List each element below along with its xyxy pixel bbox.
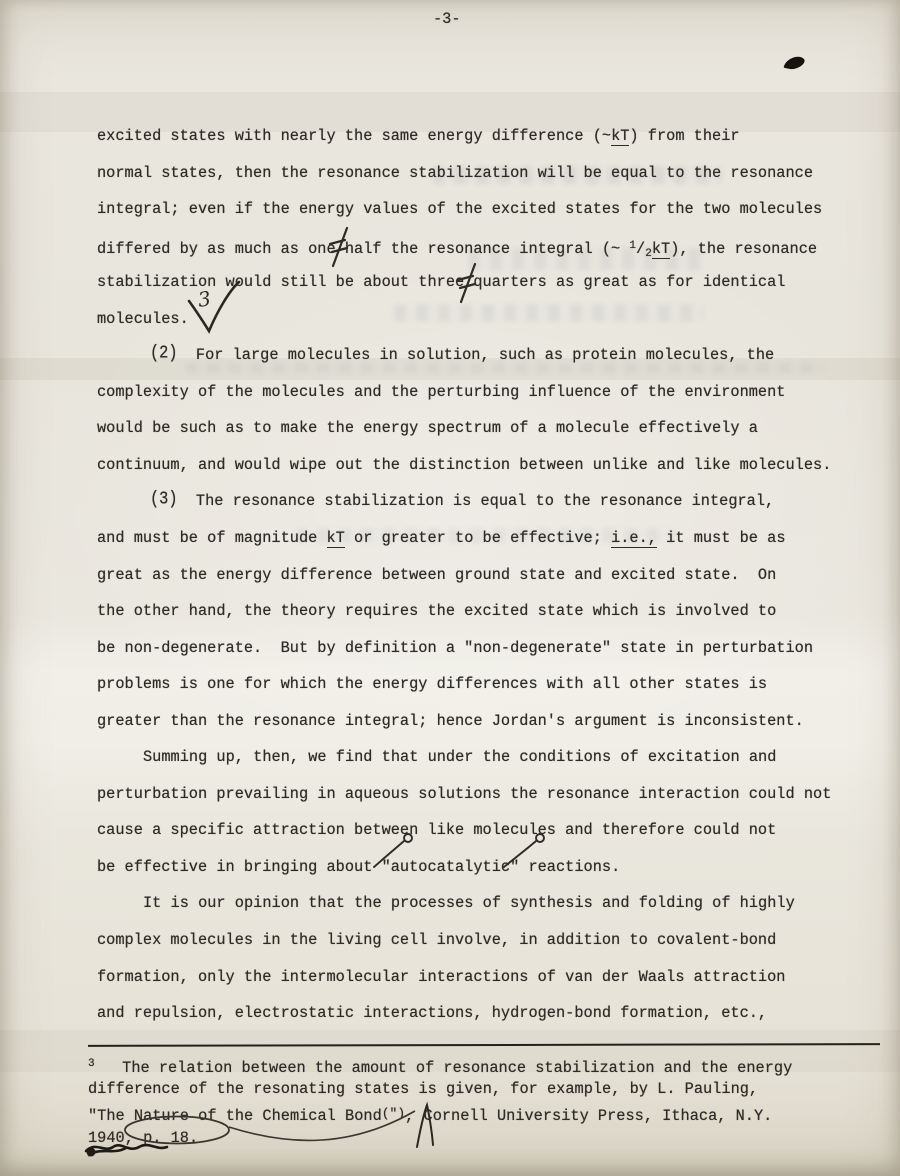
text-line: and must be of magnitude kT or greater t… [97,520,831,557]
text-segment: ), the resonance [670,240,817,258]
ink-blot [784,57,805,69]
text-line: formation, only the intermolecular inter… [97,959,831,996]
text-segment: 1940 [88,1129,125,1147]
text-line: problems is one for which the energy dif… [97,666,831,703]
text-line: would be such as to make the energy spec… [97,410,831,447]
text-line: (3) The resonance stabilization is equal… [97,483,831,520]
text-segment: For large molecules in solution, such as… [178,346,775,364]
text-line: normal states, then the resonance stabil… [97,155,831,192]
text-line: (2) For large molecules in solution, suc… [97,337,831,374]
underlined-text: i.e., [611,529,657,548]
underlined-text: kT [611,127,629,146]
text-line: continuum, and would wipe out the distin… [97,447,831,484]
text-line: complexity of the molecules and the pert… [97,374,831,411]
text-segment: , Cornell University Press, Ithaca, N.Y. [405,1107,772,1125]
text-line: Summing up, then, we find that under the… [97,739,831,776]
text-line: the other hand, the theory requires the … [97,593,831,630]
footnote-separator-line [88,1043,880,1047]
quoted-word: autocatalytic [391,858,510,876]
list-number: (3) [150,478,178,521]
subscript-denominator: 2 [645,248,652,260]
text-segment: or greater to be effective; [345,529,611,547]
text-line: and repulsion, electrostatic interaction… [97,995,831,1032]
footnote-line: 3 The relation between the amount of res… [88,1052,792,1077]
footnote-line: difference of the resonating states is g… [88,1077,792,1102]
text-line: perturbation prevailing in aqueous solut… [97,776,831,813]
text-segment: The relation between the amount of reson… [95,1059,793,1077]
text-segment: differed by as much as one half the reso… [97,240,629,258]
underlined-text: kT [652,240,670,259]
footnote-line: 1940, p. 18. [88,1126,792,1151]
footnote-marker: 3 [88,1058,95,1070]
text-line: It is our opinion that the processes of … [97,885,831,922]
text-line: be effective in bringing about "autocata… [97,849,831,886]
text-line: greater than the resonance integral; hen… [97,703,831,740]
text-segment: "The Nature of the Chemical Bond [88,1107,382,1125]
text-segment: and must be of magnitude [97,529,327,547]
typed-quote-mark: (") [382,1106,405,1121]
document-body: excited states with nearly the same ener… [97,118,831,1032]
text-line: differed by as much as one half the reso… [97,228,831,265]
footnote-line: "The Nature of the Chemical Bond("), Cor… [88,1102,792,1127]
text-line: complex molecules in the living cell inv… [97,922,831,959]
list-number: (2) [150,332,178,375]
page-number: -3- [433,10,461,28]
text-segment: it must be as [657,529,786,547]
text-segment: ) from their [629,127,739,145]
text-segment: The resonance stabilization is equal to … [178,492,775,510]
typewritten-page: -3- excited states with nearly the same … [0,0,900,1176]
fraction-slash: / [636,240,645,258]
text-line: integral; even if the energy values of t… [97,191,831,228]
text-line: cause a specific attraction between like… [97,812,831,849]
text-segment: " reactions. [510,858,620,876]
text-segment: excited states with nearly the same ener… [97,127,611,145]
underlined-text: kT [327,529,345,548]
circled-text: , p. 18. [125,1129,198,1147]
footnote-block: 3 The relation between the amount of res… [88,1052,792,1151]
text-segment: be effective in bringing about " [97,858,391,876]
text-line: excited states with nearly the same ener… [97,118,831,155]
text-line: be non-degenerate. But by definition a "… [97,630,831,667]
text-line: great as the energy difference between g… [97,557,831,594]
